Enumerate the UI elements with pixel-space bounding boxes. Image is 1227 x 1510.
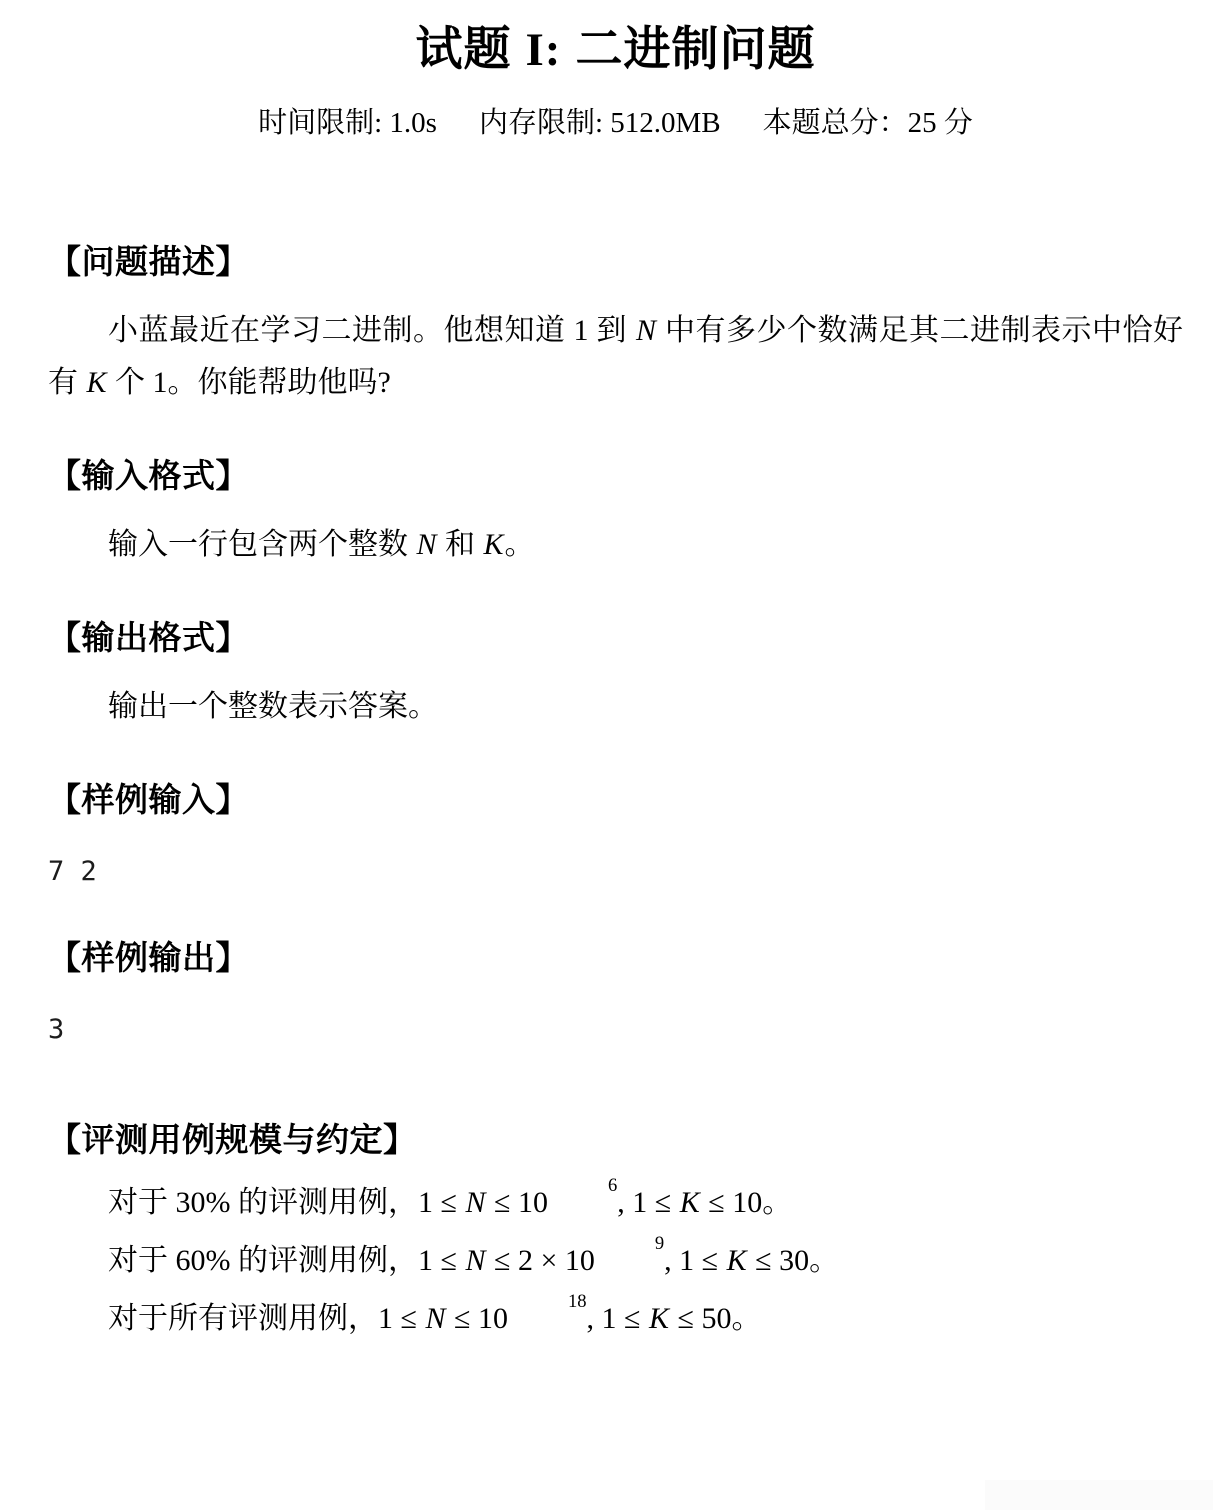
sample-input-heading: 【样例输入】 xyxy=(48,779,1183,821)
math-var-k: K xyxy=(483,528,505,561)
math-var-n: N xyxy=(416,528,438,561)
constraint-suffix: 。 xyxy=(809,1244,839,1277)
sample-output-heading: 【样例输出】 xyxy=(48,937,1183,979)
section-sample-input: 【样例输入】 7 2 xyxy=(48,779,1183,891)
total-score-label: 本题总分：25 分 xyxy=(763,105,973,141)
output-format-heading: 【输出格式】 xyxy=(48,617,1183,659)
math-seg: , 1 ≤ xyxy=(617,1186,678,1219)
problem-statement-page: 试题 I: 二进制问题 时间限制: 1.0s内存限制: 512.0MB本题总分：… xyxy=(0,0,1227,1510)
math-seg: ≤ 50 xyxy=(670,1302,731,1335)
math-var-k: K xyxy=(726,1244,748,1277)
constraints-heading: 【评测用例规模与约定】 xyxy=(48,1119,1183,1161)
constraint-suffix: 。 xyxy=(762,1186,792,1219)
constraint-prefix: 对于所有评测用例， xyxy=(108,1302,378,1335)
input-seg3: 。 xyxy=(505,528,535,561)
title-problem-name: 二进制问题 xyxy=(561,22,815,75)
math-seg: 1 ≤ xyxy=(418,1244,464,1277)
page-title: 试题 I: 二进制问题 xyxy=(48,20,1183,79)
page-bottom-artifact xyxy=(985,1480,1213,1510)
math-seg: , 1 ≤ xyxy=(664,1244,725,1277)
sample-input-code: 7 2 xyxy=(48,853,1183,891)
section-description: 【问题描述】 小蓝最近在学习二进制。他想知道 1 到 N 中有多少个数满足其二进… xyxy=(48,241,1183,409)
math-seg: ≤ 10 xyxy=(486,1186,547,1219)
description-seg1: 小蓝最近在学习二进制。他想知道 1 到 xyxy=(108,314,635,347)
constraint-suffix: 。 xyxy=(732,1302,762,1335)
section-input-format: 【输入格式】 输入一行包含两个整数 N 和 K。 xyxy=(48,455,1183,571)
constraint-line-all: 对于所有评测用例，1 ≤ N ≤ 1018, 1 ≤ K ≤ 50。 xyxy=(48,1299,1183,1339)
math-var-n: N xyxy=(424,1302,446,1335)
math-seg: ≤ 10 xyxy=(446,1302,507,1335)
sample-output-code: 3 xyxy=(48,1011,1183,1049)
constraint-line-30pct: 对于 30% 的评测用例，1 ≤ N ≤ 106, 1 ≤ K ≤ 10。 xyxy=(48,1183,1183,1223)
memory-limit-label: 内存限制: 512.0MB xyxy=(479,105,721,141)
input-format-heading: 【输入格式】 xyxy=(48,455,1183,497)
title-problem-label: 试题 xyxy=(415,22,525,75)
section-output-format: 【输出格式】 输出一个整数表示答案。 xyxy=(48,617,1183,733)
math-var-k: K xyxy=(648,1302,670,1335)
constraint-prefix: 对于 30% 的评测用例， xyxy=(108,1186,418,1219)
description-seg3: 个 1。你能帮助他吗? xyxy=(108,366,391,399)
limits-bar: 时间限制: 1.0s内存限制: 512.0MB本题总分：25 分 xyxy=(48,105,1183,141)
math-var-n: N xyxy=(464,1186,486,1219)
output-format-text: 输出一个整数表示答案。 xyxy=(48,681,1183,733)
description-text: 小蓝最近在学习二进制。他想知道 1 到 N 中有多少个数满足其二进制表示中恰好有… xyxy=(48,305,1183,409)
math-var-n: N xyxy=(464,1244,486,1277)
math-seg: 1 ≤ xyxy=(378,1302,424,1335)
math-seg: ≤ 30 xyxy=(748,1244,809,1277)
math-seg: , 1 ≤ xyxy=(587,1302,648,1335)
constraint-prefix: 对于 60% 的评测用例， xyxy=(108,1244,418,1277)
input-format-text: 输入一行包含两个整数 N 和 K。 xyxy=(48,519,1183,571)
section-sample-output: 【样例输出】 3 xyxy=(48,937,1183,1049)
constraint-line-60pct: 对于 60% 的评测用例，1 ≤ N ≤ 2 × 109, 1 ≤ K ≤ 30… xyxy=(48,1241,1183,1281)
math-seg: 1 ≤ xyxy=(418,1186,464,1219)
time-limit-label: 时间限制: 1.0s xyxy=(258,105,437,141)
input-seg1: 输入一行包含两个整数 xyxy=(108,528,416,561)
math-var-n: N xyxy=(635,314,657,347)
title-problem-number: I: xyxy=(526,24,562,76)
input-seg2: 和 xyxy=(438,528,483,561)
math-var-k: K xyxy=(679,1186,701,1219)
description-heading: 【问题描述】 xyxy=(48,241,1183,283)
section-constraints: 【评测用例规模与约定】 对于 30% 的评测用例，1 ≤ N ≤ 106, 1 … xyxy=(48,1119,1183,1339)
math-seg: ≤ 2 × 10 xyxy=(486,1244,594,1277)
math-seg: ≤ 10 xyxy=(701,1186,762,1219)
math-var-k: K xyxy=(86,366,108,399)
